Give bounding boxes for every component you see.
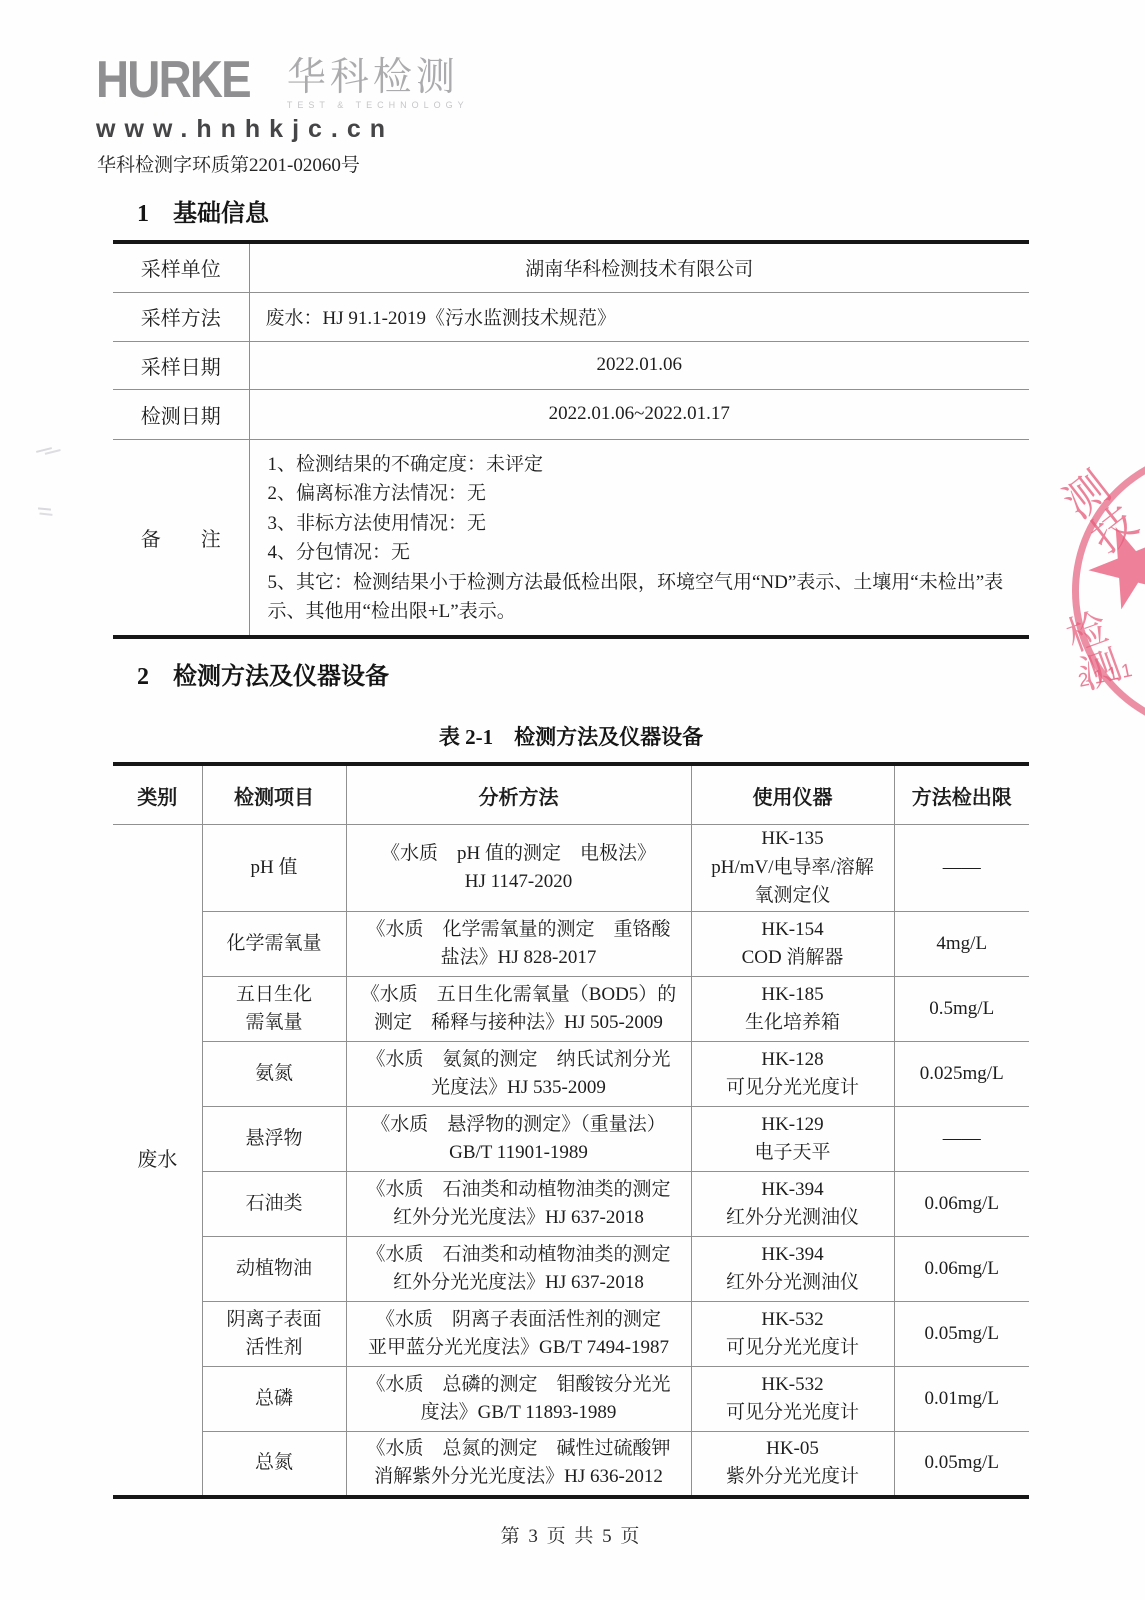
method-cell: 《水质 总氮的测定 碱性过硫酸钾 消解紫外分光光度法》HJ 636-2012	[346, 1432, 691, 1497]
remark-line: 4、分包情况：无	[268, 538, 1012, 568]
instrument-cell: HK-05 紫外分光光度计	[691, 1432, 894, 1497]
section2-title: 检测方法及仪器设备	[173, 664, 389, 690]
table-row: 采样日期 2022.01.06	[113, 341, 1029, 389]
table-row: 备 注 1、检测结果的不确定度：未评定 2、偏离标准方法情况：无 3、非标方法使…	[113, 439, 1029, 637]
instrument-cell: HK-185 生化培养箱	[691, 977, 894, 1042]
column-header: 类别	[113, 764, 202, 825]
column-header: 分析方法	[346, 764, 691, 825]
column-header: 方法检出限	[894, 764, 1029, 825]
limit-cell: 0.06mg/L	[894, 1172, 1029, 1237]
table-row: 五日生化 需氧量《水质 五日生化需氧量（BOD5）的 测定 稀释与接种法》HJ …	[113, 977, 1029, 1042]
method-cell: 《水质 石油类和动植物油类的测定 红外分光光度法》HJ 637-2018	[346, 1172, 691, 1237]
instrument-cell: HK-394 红外分光测油仪	[691, 1172, 894, 1237]
item-cell: 动植物油	[202, 1237, 346, 1302]
item-cell: 氨氮	[202, 1042, 346, 1107]
method-cell: 《水质 石油类和动植物油类的测定 红外分光光度法》HJ 637-2018	[346, 1237, 691, 1302]
method-cell: 《水质 阴离子表面活性剂的测定 亚甲蓝分光光度法》GB/T 7494-1987	[346, 1302, 691, 1367]
table-row: 阴离子表面 活性剂《水质 阴离子表面活性剂的测定 亚甲蓝分光光度法》GB/T 7…	[113, 1302, 1029, 1367]
item-cell: 化学需氧量	[202, 912, 346, 977]
value-test-date: 2022.01.06~2022.01.17	[249, 389, 1029, 439]
stamp-arc-text-bottom: 检测	[1062, 604, 1134, 696]
column-header: 检测项目	[202, 764, 346, 825]
remark-line: 1、检测结果的不确定度：未评定	[268, 450, 1012, 480]
instrument-cell: HK-532 可见分光光度计	[691, 1367, 894, 1432]
method-cell: 《水质 悬浮物的测定》（重量法） GB/T 11901-1989	[346, 1107, 691, 1172]
label-test-date: 检测日期	[113, 389, 249, 439]
limit-cell: 4mg/L	[894, 912, 1029, 977]
section1-title: 基础信息	[173, 201, 269, 227]
remark-line: 3、非标方法使用情况：无	[268, 509, 1012, 539]
limit-cell: 0.05mg/L	[894, 1302, 1029, 1367]
table-row: 悬浮物《水质 悬浮物的测定》（重量法） GB/T 11901-1989HK-12…	[113, 1107, 1029, 1172]
label-sampling-unit: 采样单位	[113, 242, 249, 292]
report-page: HURKE 华科检测 TEST & TECHNOLOGY www.hnhkjc.…	[0, 0, 1145, 1600]
limit-cell: 0.06mg/L	[894, 1237, 1029, 1302]
logo-chinese-name: 华科检测	[287, 56, 459, 99]
method-cell: 《水质 pH 值的测定 电极法》 HJ 1147-2020	[346, 825, 691, 912]
table-row: 采样方法 废水：HJ 91.1-2019《污水监测技术规范》	[113, 292, 1029, 341]
instrument-cell: HK-135 pH/mV/电导率/溶解 氧测定仪	[691, 825, 894, 912]
remarks-cell: 1、检测结果的不确定度：未评定 2、偏离标准方法情况：无 3、非标方法使用情况：…	[249, 439, 1029, 637]
remark-line: 5、其它：检测结果小于检测方法最低检出限，环境空气用“ND”表示、土壤用“未检出…	[268, 568, 1012, 627]
huake-logo-wordmark: HURKE	[96, 58, 250, 103]
limit-cell: 0.05mg/L	[894, 1432, 1029, 1497]
table-row: 石油类《水质 石油类和动植物油类的测定 红外分光光度法》HJ 637-2018H…	[113, 1172, 1029, 1237]
instrument-cell: HK-129 电子天平	[691, 1107, 894, 1172]
limit-cell: ——	[894, 1107, 1029, 1172]
table-header-row: 类别检测项目分析方法使用仪器方法检出限	[113, 764, 1029, 825]
stamp-star-icon: ★	[1066, 498, 1145, 634]
table-row: 检测日期 2022.01.06~2022.01.17	[113, 389, 1029, 439]
pencil-mark	[36, 447, 52, 453]
table2-title: 表 2-1 检测方法及仪器设备	[113, 721, 1029, 751]
methods-instruments-table: 类别检测项目分析方法使用仪器方法检出限 废水pH 值《水质 pH 值的测定 电极…	[113, 762, 1029, 1499]
method-cell: 《水质 五日生化需氧量（BOD5）的 测定 稀释与接种法》HJ 505-2009	[346, 977, 691, 1042]
item-cell: 阴离子表面 活性剂	[202, 1302, 346, 1367]
logo-website: www.hnhkjc.cn	[96, 115, 469, 144]
item-cell: 总磷	[202, 1367, 346, 1432]
pencil-mark	[38, 507, 51, 510]
limit-cell: 0.025mg/L	[894, 1042, 1029, 1107]
basic-info-table: 采样单位 湖南华科检测技术有限公司 采样方法 废水：HJ 91.1-2019《污…	[113, 240, 1029, 639]
item-cell: pH 值	[202, 825, 346, 912]
section2-number: 2	[137, 664, 149, 690]
logo-block: HURKE 华科检测 TEST & TECHNOLOGY www.hnhkjc.…	[96, 58, 469, 144]
section1-heading: 1基础信息	[137, 193, 269, 228]
label-remarks: 备 注	[113, 439, 249, 637]
table-row: 总氮《水质 总氮的测定 碱性过硫酸钾 消解紫外分光光度法》HJ 636-2012…	[113, 1432, 1029, 1497]
table-row: 动植物油《水质 石油类和动植物油类的测定 红外分光光度法》HJ 637-2018…	[113, 1237, 1029, 1302]
value-sampling-method: 废水：HJ 91.1-2019《污水监测技术规范》	[249, 292, 1029, 341]
logo-tagline: TEST & TECHNOLOGY	[287, 100, 469, 110]
stamp-digits: 2111	[1077, 660, 1139, 691]
remark-line: 2、偏离标准方法情况：无	[268, 479, 1012, 509]
limit-cell: 0.01mg/L	[894, 1367, 1029, 1432]
item-cell: 总氮	[202, 1432, 346, 1497]
limit-cell: ——	[894, 825, 1029, 912]
method-cell: 《水质 氨氮的测定 纳氏试剂分光 光度法》HJ 535-2009	[346, 1042, 691, 1107]
label-sampling-date: 采样日期	[113, 341, 249, 389]
method-cell: 《水质 总磷的测定 钼酸铵分光光 度法》GB/T 11893-1989	[346, 1367, 691, 1432]
column-header: 使用仪器	[691, 764, 894, 825]
item-cell: 悬浮物	[202, 1107, 346, 1172]
table-row: 化学需氧量《水质 化学需氧量的测定 重铬酸 盐法》HJ 828-2017HK-1…	[113, 912, 1029, 977]
section2-heading: 2检测方法及仪器设备	[137, 656, 389, 691]
table-row: 废水pH 值《水质 pH 值的测定 电极法》 HJ 1147-2020HK-13…	[113, 825, 1029, 912]
item-cell: 五日生化 需氧量	[202, 977, 346, 1042]
stamp-arc-text-top: 测技	[1057, 459, 1145, 562]
section1-number: 1	[137, 201, 149, 227]
value-sampling-unit: 湖南华科检测技术有限公司	[249, 242, 1029, 292]
stamp-circle-icon	[1045, 421, 1145, 760]
label-sampling-method: 采样方法	[113, 292, 249, 341]
instrument-cell: HK-394 红外分光测油仪	[691, 1237, 894, 1302]
instrument-cell: HK-532 可见分光光度计	[691, 1302, 894, 1367]
table-row: 氨氮《水质 氨氮的测定 纳氏试剂分光 光度法》HJ 535-2009HK-128…	[113, 1042, 1029, 1107]
table-row: 总磷《水质 总磷的测定 钼酸铵分光光 度法》GB/T 11893-1989HK-…	[113, 1367, 1029, 1432]
item-cell: 石油类	[202, 1172, 346, 1237]
limit-cell: 0.5mg/L	[894, 977, 1029, 1042]
instrument-cell: HK-128 可见分光光度计	[691, 1042, 894, 1107]
value-sampling-date: 2022.01.06	[249, 341, 1029, 389]
page-number: 第 3 页 共 5 页	[113, 1521, 1029, 1548]
document-number: 华科检测字环质第2201-02060号	[97, 150, 360, 177]
method-cell: 《水质 化学需氧量的测定 重铬酸 盐法》HJ 828-2017	[346, 912, 691, 977]
category-cell: 废水	[113, 825, 202, 1497]
table-row: 采样单位 湖南华科检测技术有限公司	[113, 242, 1029, 292]
instrument-cell: HK-154 COD 消解器	[691, 912, 894, 977]
